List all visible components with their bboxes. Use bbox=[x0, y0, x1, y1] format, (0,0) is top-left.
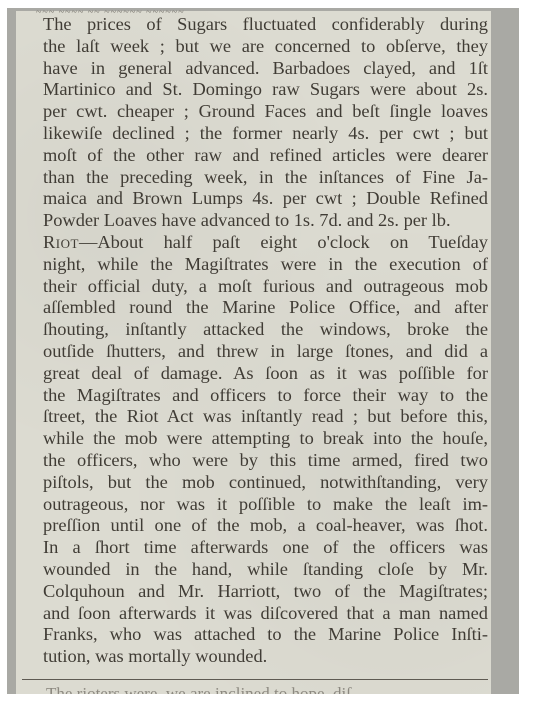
text-fragment: —About half paſt eight o'clock on Tueſda… bbox=[79, 232, 488, 252]
text-line: Martinico and St. Domingo raw Sugars wer… bbox=[23, 79, 488, 101]
text-line: the laſt week ; but we are concerned to … bbox=[23, 36, 488, 58]
text-line: In a ſhort time afterwards one of the of… bbox=[23, 537, 488, 559]
text-line: Riot—About half paſt eight o'clock on Tu… bbox=[23, 232, 488, 254]
paper-surface: ~~~ ~~~~ ~~ ~~~~~~ ~~~~~~ The prices of … bbox=[16, 11, 491, 694]
cut-off-next-article-text: The rioters were, we are inclined to hop… bbox=[46, 682, 486, 694]
newspaper-clipping-scan: ~~~ ~~~~ ~~ ~~~~~~ ~~~~~~ The prices of … bbox=[7, 8, 519, 694]
text-line: and ſoon afterwards it was diſcovered th… bbox=[23, 603, 488, 625]
text-line: tution, was mortally wounded. bbox=[23, 646, 488, 668]
paragraph-riot: Riot—About half paſt eight o'clock on Tu… bbox=[23, 232, 488, 668]
text-line: night, while the Magiſtrates were in the… bbox=[23, 254, 488, 276]
section-lead-riot: Riot bbox=[43, 232, 79, 252]
text-line: per cwt. cheaper ; Ground Faces and beſt… bbox=[23, 101, 488, 123]
text-line: piſtols, but the mob continued, notwithſ… bbox=[23, 472, 488, 494]
text-line: the Magiſtrates and officers to force th… bbox=[23, 385, 488, 407]
article-body: The prices of Sugars fluctuated confider… bbox=[23, 14, 488, 668]
text-line: than the preceding week, in the inſtance… bbox=[23, 167, 488, 189]
text-line: Powder Loaves have advanced to 1s. 7d. a… bbox=[23, 210, 488, 232]
text-line: likewiſe declined ; the former nearly 4s… bbox=[23, 123, 488, 145]
text-line: the officers, who were by this time arme… bbox=[23, 450, 488, 472]
text-line: The prices of Sugars fluctuated confider… bbox=[23, 14, 488, 36]
text-line: Franks, who was attached to the Marine P… bbox=[23, 624, 488, 646]
column-divider-rule bbox=[22, 679, 488, 680]
text-line: wounded in the hand, while ſtanding cloſ… bbox=[23, 559, 488, 581]
text-line: preſſion until one of the mob, a coal-he… bbox=[23, 515, 488, 537]
text-line: ſtreet, the Riot Act was inſtantly read … bbox=[23, 406, 488, 428]
text-line: great deal of damage. As ſoon as it was … bbox=[23, 363, 488, 385]
text-line: moſt of the other raw and refined articl… bbox=[23, 145, 488, 167]
paragraph-sugar-prices: The prices of Sugars fluctuated confider… bbox=[23, 14, 488, 232]
text-line: while the mob were attempting to break i… bbox=[23, 428, 488, 450]
text-line: aſſembled round the Marine Police Office… bbox=[23, 297, 488, 319]
text-line: ſhouting, inſtantly attacked the windows… bbox=[23, 319, 488, 341]
text-line: Colquhoun and Mr. Harriott, two of the M… bbox=[23, 581, 488, 603]
text-line: their official duty, a moſt furious and … bbox=[23, 276, 488, 298]
text-line: outſide ſhutters, and threw in large ſto… bbox=[23, 341, 488, 363]
cut-off-previous-text: ~~~ ~~~~ ~~ ~~~~~~ ~~~~~~ bbox=[36, 7, 266, 13]
text-line: maica and Brown Lumps 4s. per cwt ; Doub… bbox=[23, 188, 488, 210]
text-line: outrageous, nor was it poſſible to make … bbox=[23, 494, 488, 516]
text-line: have in general advanced. Barbadoes clay… bbox=[23, 58, 488, 80]
